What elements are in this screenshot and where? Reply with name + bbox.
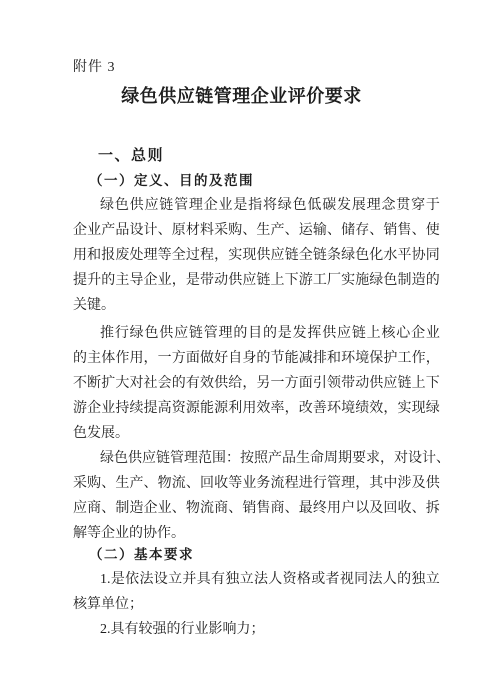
document-title: 绿色供应链管理企业评价要求 (73, 81, 410, 111)
requirement-item-2: 2.具有较强的行业影响力； (73, 617, 440, 642)
text-line: 关键。 (73, 293, 440, 318)
text-line: 推行绿色供应链管理的目的是发挥供应链上核心企业 (73, 321, 440, 346)
text-line: 绿色供应链管理企业是指将绿色低碳发展理念贯穿于 (73, 193, 440, 218)
text-line: 1.是依法设立并具有独立法人资格或者视同法人的独立 (73, 567, 440, 592)
requirement-item-1: 1.是依法设立并具有独立法人资格或者视同法人的独立 核算单位； (73, 567, 440, 617)
attachment-label: 附件 3 (73, 55, 440, 80)
text-line: 绿色供应链管理范围：按照产品生命周期要求，对设计、 (73, 446, 440, 471)
text-line: 企业产品设计、原材料采购、生产、运输、储存、销售、使 (73, 218, 440, 243)
text-line: 游企业持续提高资源能源利用效率，改善环境绩效，实现绿 (73, 396, 440, 421)
text-line: 用和报废处理等全过程，实现供应链全链条绿色化水平协同 (73, 243, 440, 268)
subsection-2-heading: （二）基本要求 (73, 542, 440, 567)
section-1-heading: 一、总则 (73, 143, 440, 168)
paragraph-definition: 绿色供应链管理企业是指将绿色低碳发展理念贯穿于 企业产品设计、原材料采购、生产、… (73, 193, 440, 318)
text-line: 的主体作用，一方面做好自身的节能减排和环境保护工作， (73, 346, 440, 371)
paragraph-purpose: 推行绿色供应链管理的目的是发挥供应链上核心企业 的主体作用，一方面做好自身的节能… (73, 321, 440, 446)
text-line: 采购、生产、物流、回收等业务流程进行管理，其中涉及供 (73, 471, 440, 496)
paragraph-scope: 绿色供应链管理范围：按照产品生命周期要求，对设计、 采购、生产、物流、回收等业务… (73, 446, 440, 546)
text-line: 2.具有较强的行业影响力； (73, 617, 440, 642)
subsection-1-heading: （一）定义、目的及范围 (73, 168, 440, 193)
text-line: 应商、制造企业、物流商、销售商、最终用户以及回收、拆 (73, 496, 440, 521)
text-line: 提升的主导企业，是带动供应链上下游工厂实施绿色制造的 (73, 268, 440, 293)
document-page: 附件 3 绿色供应链管理企业评价要求 一、总则 （一）定义、目的及范围 绿色供应… (0, 0, 495, 699)
text-line: 核算单位； (73, 592, 440, 617)
text-line: 色发展。 (73, 421, 440, 446)
document-content: 附件 3 绿色供应链管理企业评价要求 一、总则 （一）定义、目的及范围 绿色供应… (0, 55, 495, 642)
text-line: 不断扩大对社会的有效供给，另一方面引领带动供应链上下 (73, 371, 440, 396)
